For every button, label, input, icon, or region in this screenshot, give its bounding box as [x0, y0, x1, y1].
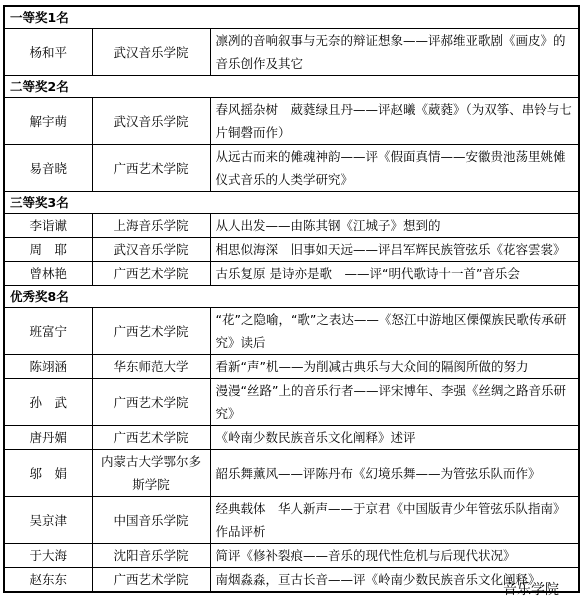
winner-work-title: 《岭南少数民族音乐文化阐释》述评 — [210, 426, 579, 450]
winner-work-title: 韶乐舞薰风——评陈丹布《幻境乐舞——为管弦乐队而作》 — [210, 450, 579, 497]
section-header-row: 三等奖3名 — [4, 192, 579, 214]
winner-institution: 广西艺术学院 — [92, 379, 210, 426]
table-row: 杨和平 武汉音乐学院 凛冽的音响叙事与无奈的辩证想象——评郝维亚歌剧《画皮》的音… — [4, 29, 579, 76]
winner-institution: 广西艺术学院 — [92, 308, 210, 355]
section-header-row: 一等奖1名 — [4, 6, 579, 29]
table-row: 解宇萌 武汉音乐学院 春风摇杂树 葳蕤绿且丹——评赵曦《葳蕤》（为双筝、串铃与七… — [4, 98, 579, 145]
winner-work-title: 凛冽的音响叙事与无奈的辩证想象——评郝维亚歌剧《画皮》的音乐创作及其它 — [210, 29, 579, 76]
award-results-table: 一等奖1名 杨和平 武汉音乐学院 凛冽的音响叙事与无奈的辩证想象——评郝维亚歌剧… — [3, 5, 580, 593]
section-header-row: 优秀奖8名 — [4, 286, 579, 308]
winner-name: 唐丹媚 — [4, 426, 92, 450]
winner-work-title: 经典载体 华人新声——于京君《中国版青少年管弦乐队指南》作品评析 — [210, 497, 579, 544]
winner-name: 吴京津 — [4, 497, 92, 544]
winner-name: 班富宁 — [4, 308, 92, 355]
winner-institution: 广西艺术学院 — [92, 568, 210, 593]
table-row: 陈翊涵 华东师范大学 看新“声”机——为削减古典乐与大众间的隔阂所做的努力 — [4, 355, 579, 379]
table-row: 易音晓 广西艺术学院 从远古而来的傩魂神韵——评《假面真情——安徽贵池荡里姚傩仪… — [4, 145, 579, 192]
section-header-first-prize: 一等奖1名 — [4, 6, 579, 29]
winner-name: 孙 武 — [4, 379, 92, 426]
table-row: 赵东东 广西艺术学院 南烟淼淼，亘古长音——评《岭南少数民族音乐文化阐释》 — [4, 568, 579, 593]
winner-work-title: 相思似海深 旧事如天远——评吕军辉民族管弦乐《花容雲裳》 — [210, 238, 579, 262]
winner-institution: 武汉音乐学院 — [92, 29, 210, 76]
winner-institution: 武汉音乐学院 — [92, 98, 210, 145]
winner-name: 赵东东 — [4, 568, 92, 593]
winner-institution: 广西艺术学院 — [92, 426, 210, 450]
table-row: 曾林艳 广西艺术学院 古乐复原 是诗亦是歌 ——评“明代歌诗十一首”音乐会 — [4, 262, 579, 286]
winner-name: 于大海 — [4, 544, 92, 568]
table-row: 孙 武 广西艺术学院 漫漫“丝路”上的音乐行者——评宋博年、李强《丝绸之路音乐研… — [4, 379, 579, 426]
table-row: 李诣谳 上海音乐学院 从人出发——由陈其钢《江城子》想到的 — [4, 214, 579, 238]
winner-name: 李诣谳 — [4, 214, 92, 238]
winner-institution: 上海音乐学院 — [92, 214, 210, 238]
table-row: 班富宁 广西艺术学院 “花”之隐喻，“歌”之表达——《怒江中游地区傈僳族民歌传承… — [4, 308, 579, 355]
winner-work-title: 古乐复原 是诗亦是歌 ——评“明代歌诗十一首”音乐会 — [210, 262, 579, 286]
winner-institution: 广西艺术学院 — [92, 145, 210, 192]
winner-work-title: 从人出发——由陈其钢《江城子》想到的 — [210, 214, 579, 238]
winner-name: 杨和平 — [4, 29, 92, 76]
table-row: 于大海 沈阳音乐学院 简评《修补裂痕——音乐的现代性危机与后现代状况》 — [4, 544, 579, 568]
winner-work-title: 春风摇杂树 葳蕤绿且丹——评赵曦《葳蕤》（为双筝、串铃与七片铜磬而作） — [210, 98, 579, 145]
section-header-second-prize: 二等奖2名 — [4, 76, 579, 98]
winner-work-title: 从远古而来的傩魂神韵——评《假面真情——安徽贵池荡里姚傩仪式音乐的人类学研究》 — [210, 145, 579, 192]
table-row: 周 耶 武汉音乐学院 相思似海深 旧事如天远——评吕军辉民族管弦乐《花容雲裳》 — [4, 238, 579, 262]
winner-institution: 武汉音乐学院 — [92, 238, 210, 262]
winner-institution: 中国音乐学院 — [92, 497, 210, 544]
winner-name: 邬 娟 — [4, 450, 92, 497]
winner-institution: 内蒙古大学鄂尔多斯学院 — [92, 450, 210, 497]
winner-institution: 广西艺术学院 — [92, 262, 210, 286]
winner-work-title: 看新“声”机——为削减古典乐与大众间的隔阂所做的努力 — [210, 355, 579, 379]
winner-institution: 华东师范大学 — [92, 355, 210, 379]
winner-work-title: 漫漫“丝路”上的音乐行者——评宋博年、李强《丝绸之路音乐研究》 — [210, 379, 579, 426]
winner-work-title: “花”之隐喻，“歌”之表达——《怒江中游地区傈僳族民歌传承研究》读后 — [210, 308, 579, 355]
section-header-row: 二等奖2名 — [4, 76, 579, 98]
winner-institution: 沈阳音乐学院 — [92, 544, 210, 568]
section-header-third-prize: 三等奖3名 — [4, 192, 579, 214]
winner-name: 周 耶 — [4, 238, 92, 262]
winner-name: 解宇萌 — [4, 98, 92, 145]
table-row: 吴京津 中国音乐学院 经典载体 华人新声——于京君《中国版青少年管弦乐队指南》作… — [4, 497, 579, 544]
winner-work-title: 简评《修补裂痕——音乐的现代性危机与后现代状况》 — [210, 544, 579, 568]
winner-name: 曾林艳 — [4, 262, 92, 286]
table-row: 邬 娟 内蒙古大学鄂尔多斯学院 韶乐舞薰风——评陈丹布《幻境乐舞——为管弦乐队而… — [4, 450, 579, 497]
winner-name: 陈翊涵 — [4, 355, 92, 379]
section-header-excellence-award: 优秀奖8名 — [4, 286, 579, 308]
table-row: 唐丹媚 广西艺术学院 《岭南少数民族音乐文化阐释》述评 — [4, 426, 579, 450]
winner-name: 易音晓 — [4, 145, 92, 192]
overlapping-background-text: 音乐学院 — [503, 579, 559, 599]
